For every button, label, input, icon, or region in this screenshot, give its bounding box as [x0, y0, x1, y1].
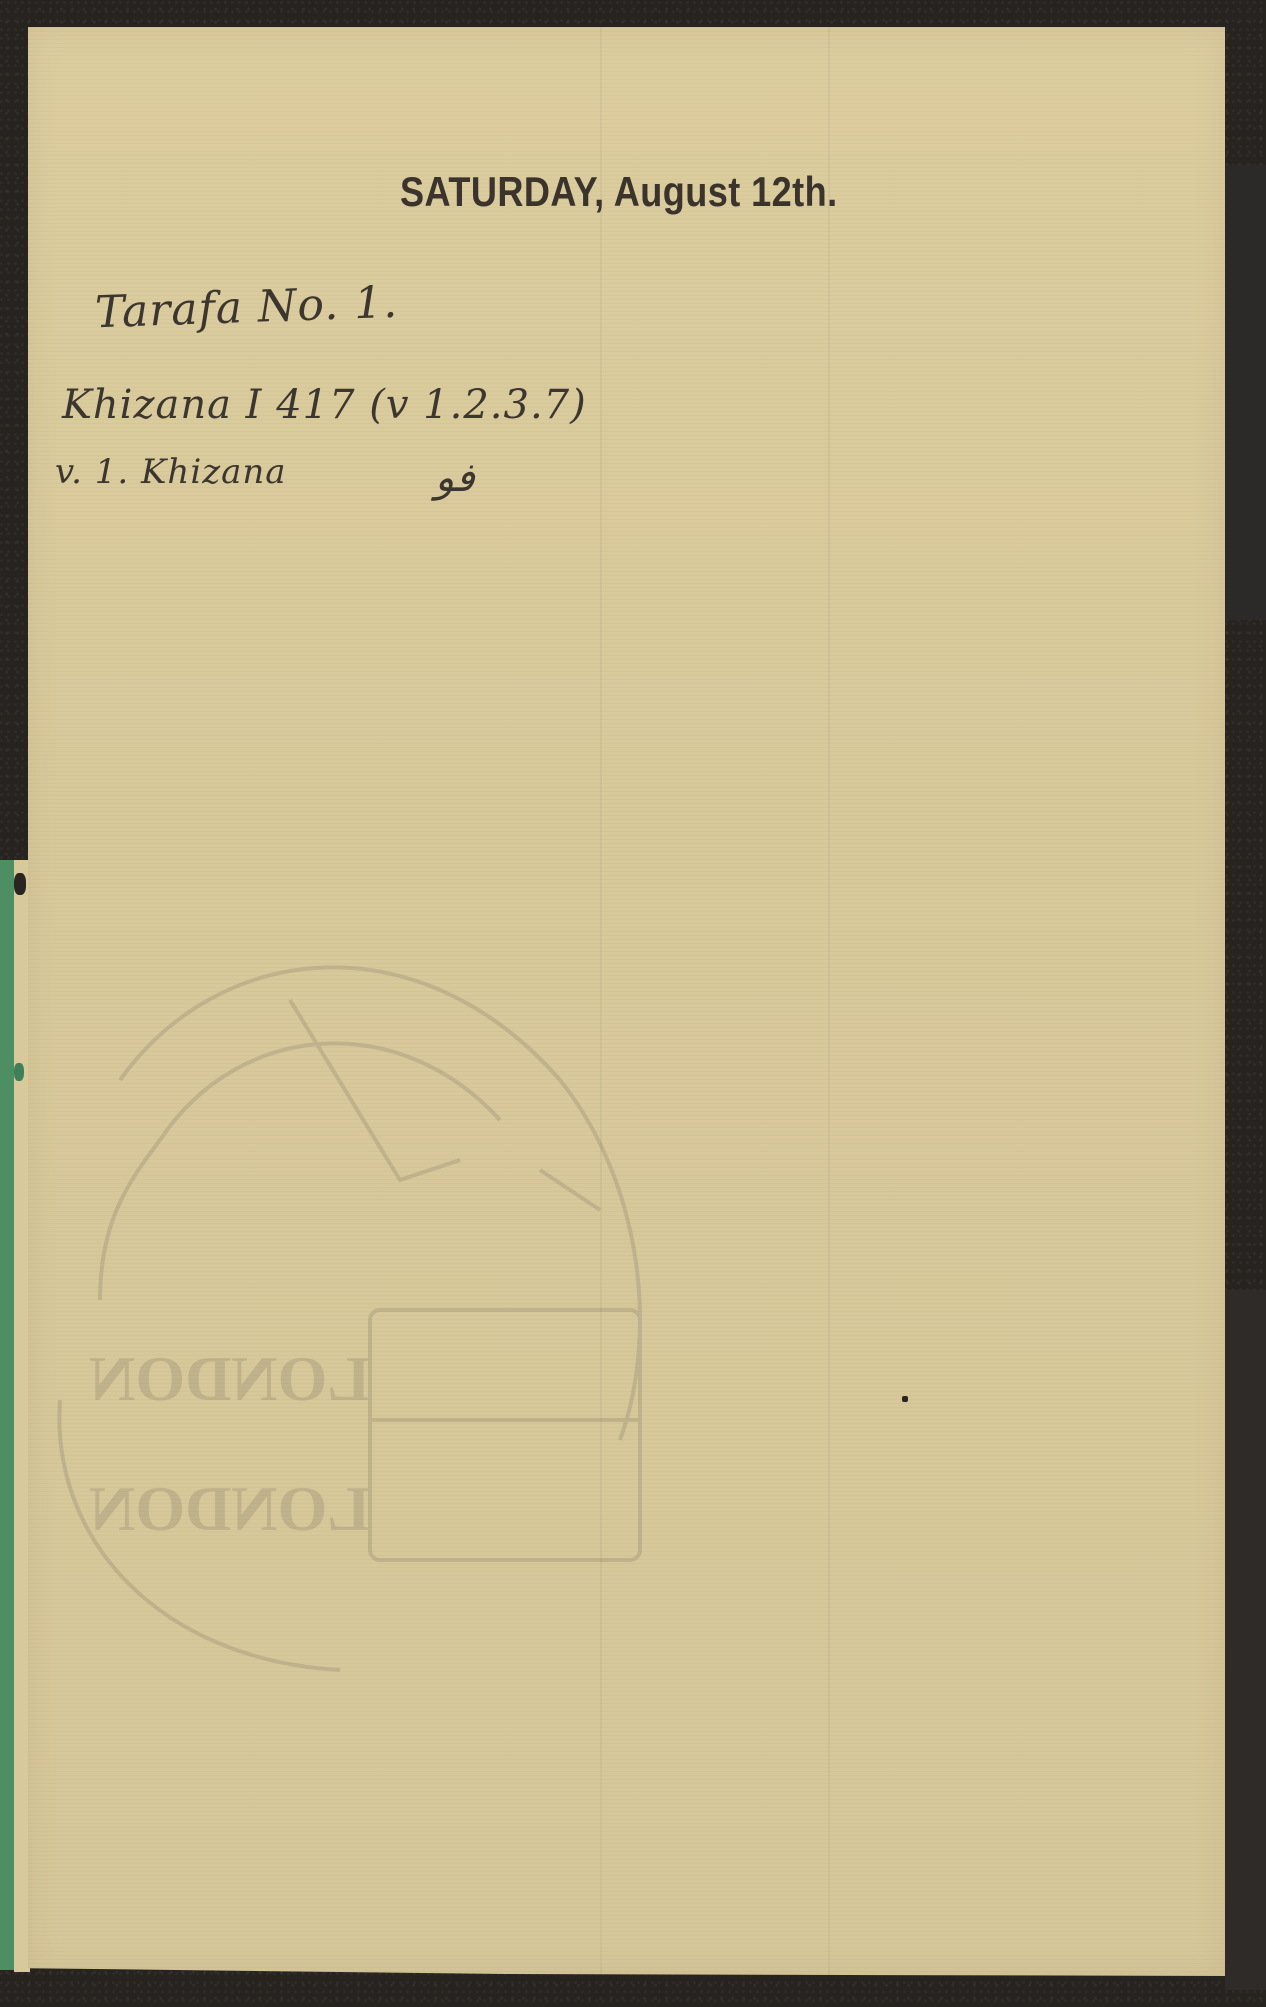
svg-text:LONDON: LONDON	[89, 1473, 370, 1544]
handwritten-note: Khizana I 417 (v 1.2.3.7)	[62, 382, 587, 428]
background-block	[1225, 1290, 1266, 1990]
handwritten-arabic-note: فو	[435, 455, 475, 501]
show-through-stamp-icon: LONDON LONDON	[40, 880, 660, 1680]
paper-tab-mark	[14, 1063, 24, 1081]
page-heading: SATURDAY, August 12th.	[400, 168, 838, 216]
handwritten-note: v. 1. Khizana	[55, 452, 287, 492]
stamp-mirrored-text: LONDON	[89, 1343, 370, 1414]
background-block	[1225, 165, 1266, 620]
paper-tab-mark	[14, 873, 26, 895]
fold-line	[828, 27, 830, 1976]
ink-spot	[902, 1396, 908, 1402]
handwritten-note: Tarafa No. 1.	[94, 277, 399, 339]
